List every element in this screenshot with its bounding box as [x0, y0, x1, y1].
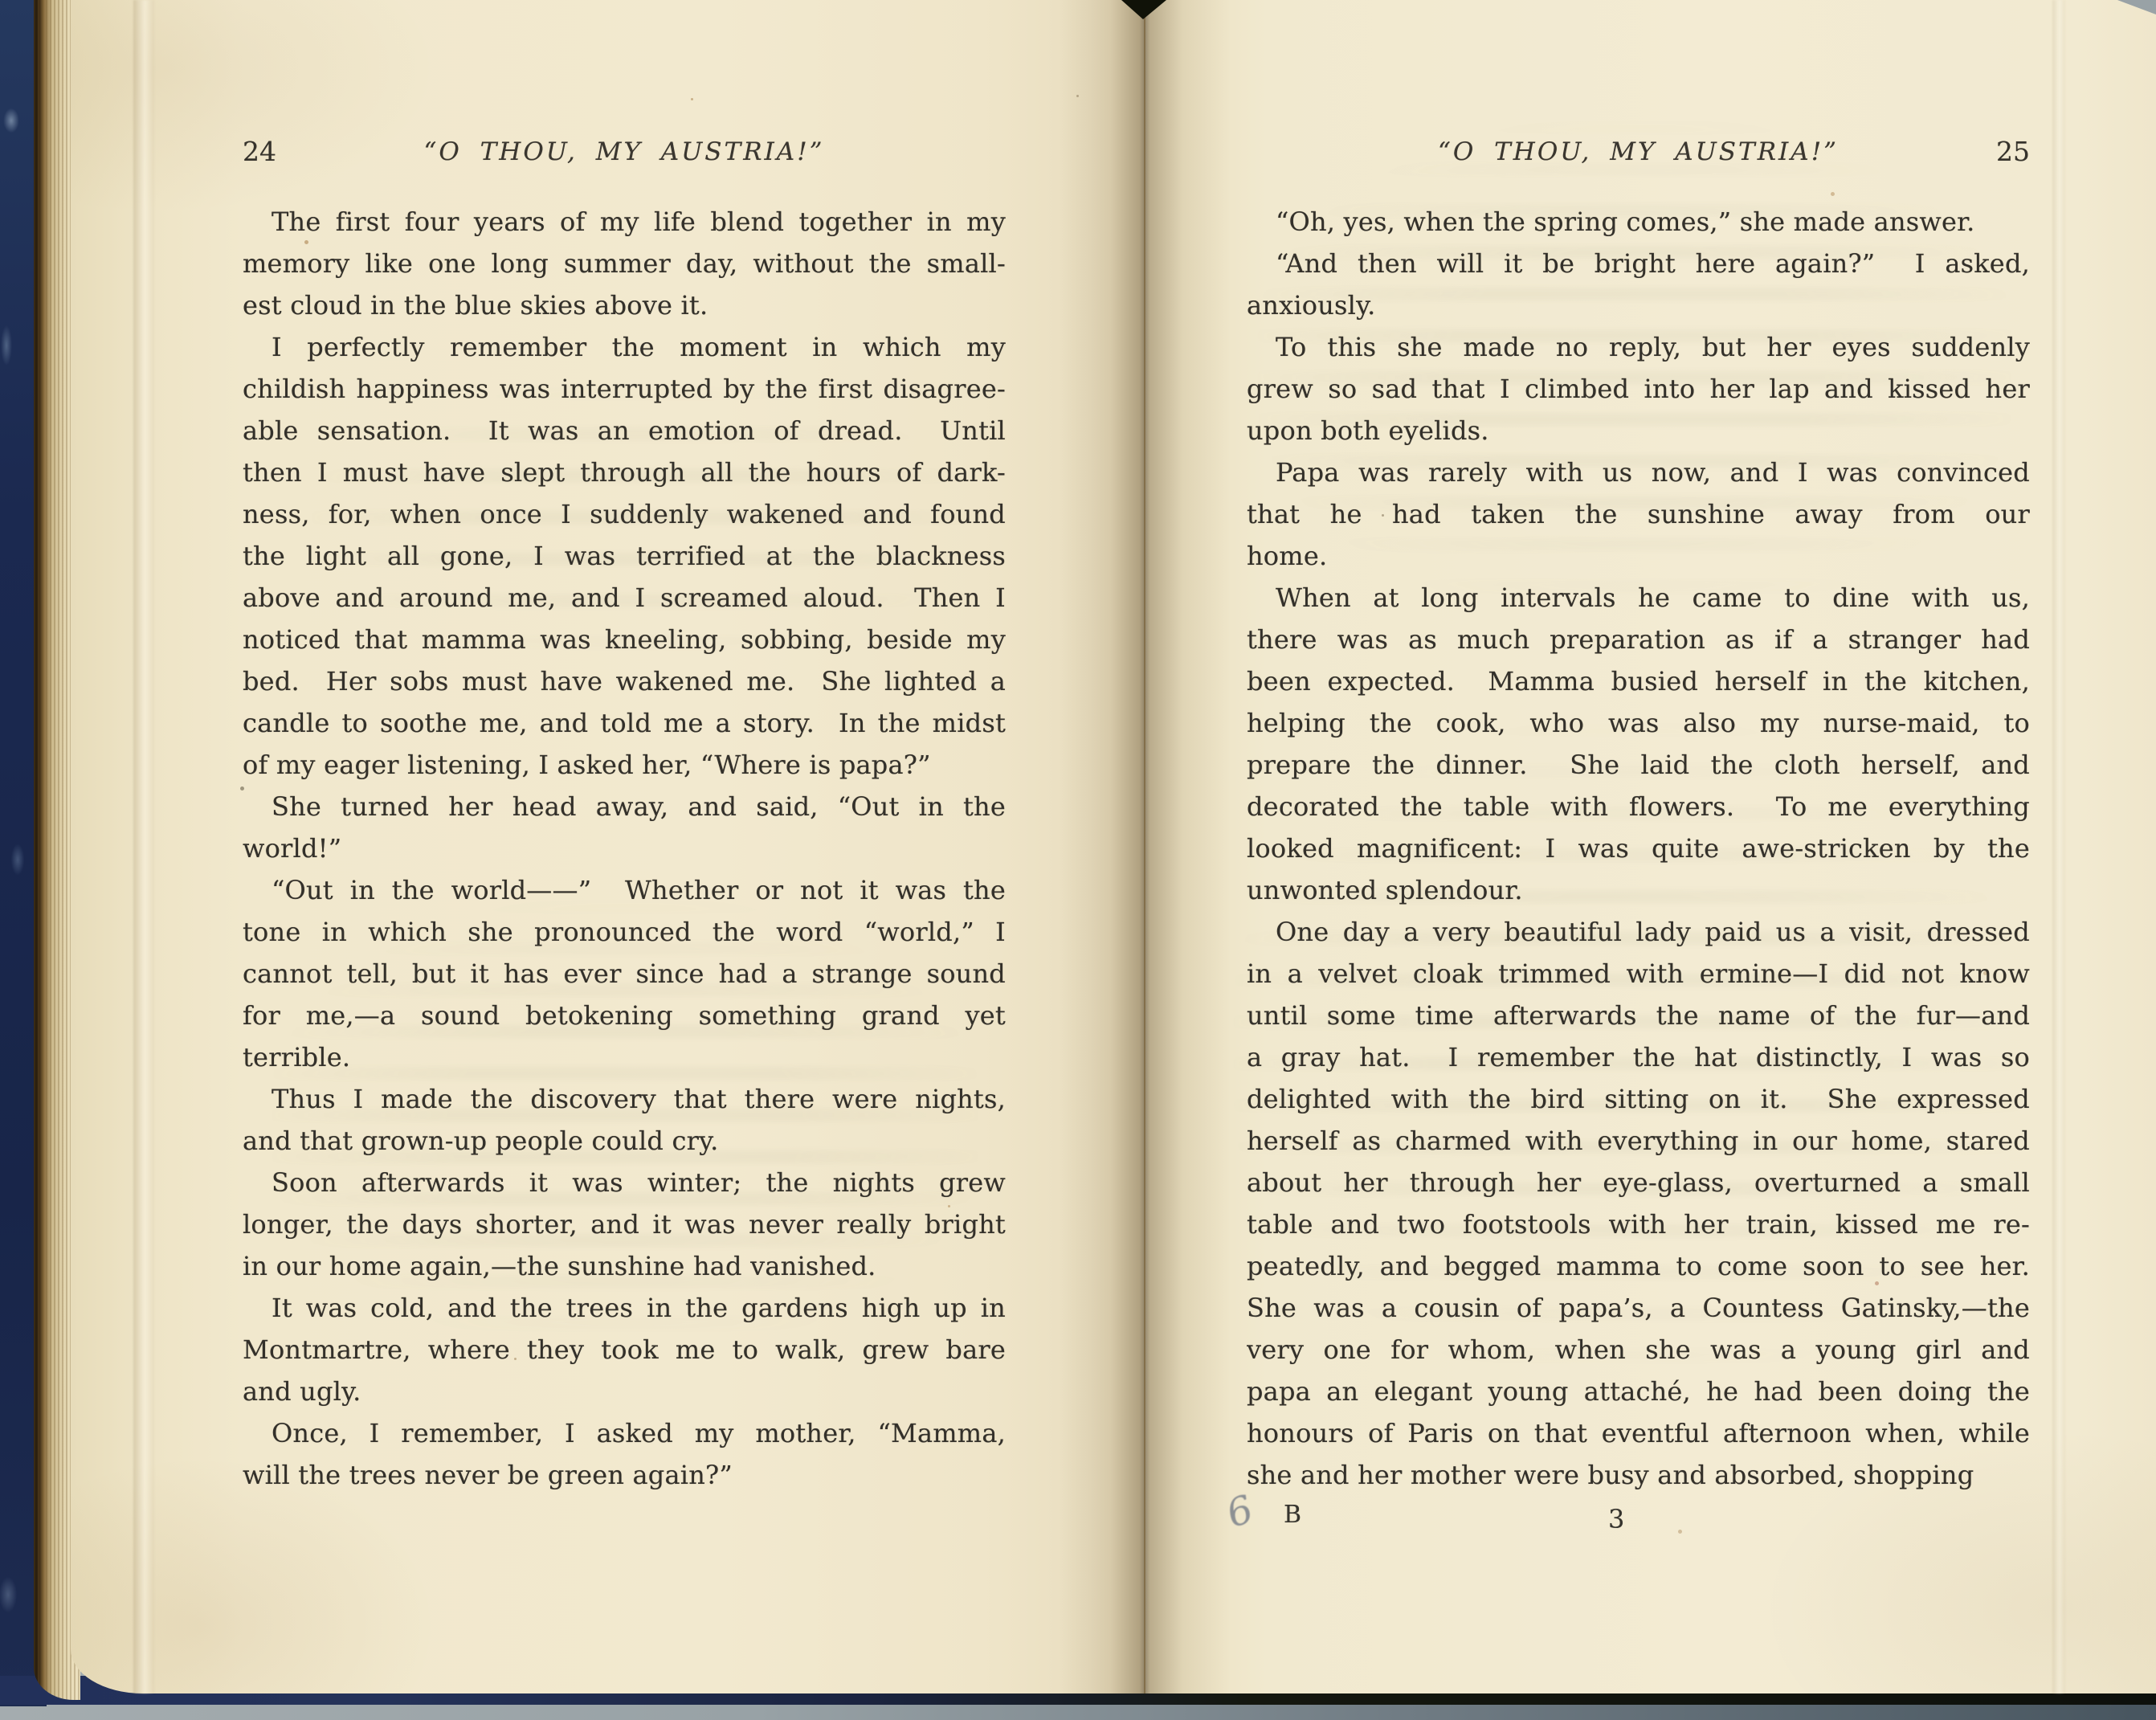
text-line: Soon afterwards it was winter; the night… — [243, 1162, 1006, 1203]
text-line: bed. Her sobs must have wakened me. She … — [243, 660, 1006, 702]
text-line: Thus I made the discovery that there wer… — [243, 1078, 1006, 1120]
gathering-number: 3 — [1608, 1504, 1624, 1534]
text-line: Once, I remember, I asked my mother, “Ma… — [243, 1412, 1006, 1454]
text-line: been expected. Mamma busied herself in t… — [1247, 660, 2030, 702]
text-line: tone in which she pronounced the word “w… — [243, 911, 1006, 953]
gutter-line — [1144, 0, 1145, 1693]
text-line: memory like one long summer day, without… — [243, 243, 1006, 284]
text-line: peatedly, and begged mamma to come soon … — [1247, 1245, 2030, 1287]
page-number-right: 25 — [1996, 133, 2030, 170]
text-line: about her through her eye-glass, overtur… — [1247, 1162, 2030, 1203]
text-line: candle to soothe me, and told me a story… — [243, 702, 1006, 744]
page-gutter-shadow — [1059, 0, 1231, 1693]
text-line: looked magnificent: I was quite awe-stri… — [1247, 827, 2030, 869]
text-line: for me,—a sound betokening something gra… — [243, 995, 1006, 1036]
text-line: ness, for, when once I suddenly wakened … — [243, 493, 1006, 535]
text-line: delighted with the bird sitting on it. S… — [1247, 1078, 2030, 1120]
signature-mark: B — [1284, 1501, 1302, 1529]
text-line: helping the cook, who was also my nurse-… — [1247, 702, 2030, 744]
text-line: She turned her head away, and said, “Out… — [243, 786, 1006, 827]
text-line: will the trees never be green again?” — [243, 1454, 1006, 1496]
text-line: grew so sad that I climbed into her lap … — [1247, 368, 2030, 410]
text-line: Montmartre, where they took me to walk, … — [243, 1329, 1006, 1371]
text-line: One day a very beautiful lady paid us a … — [1247, 911, 2030, 953]
text-line: a gray hat. I remember the hat distinctl… — [1247, 1036, 2030, 1078]
text-line: noticed that mamma was kneeling, sobbing… — [243, 619, 1006, 660]
text-line: unwonted splendour. — [1247, 869, 2030, 911]
text-line: until some time afterwards the name of t… — [1247, 995, 2030, 1036]
text-line: anxiously. — [1247, 284, 2030, 326]
text-line: The first four years of my life blend to… — [243, 201, 1006, 243]
text-line: above and around me, and I screamed alou… — [243, 577, 1006, 619]
text-line: longer, the days shorter, and it was nev… — [243, 1203, 1006, 1245]
text-line: that he had taken the sunshine away from… — [1247, 493, 2030, 535]
text-line: in a velvet cloak trimmed with ermine—I … — [1247, 953, 2030, 995]
text-line: honours of Paris on that eventful aftern… — [1247, 1412, 2030, 1454]
text-line: she and her mother were busy and absorbe… — [1247, 1454, 2030, 1496]
text-line: able sensation. It was an emotion of dre… — [243, 410, 1006, 451]
text-line: I perfectly remember the moment in which… — [243, 326, 1006, 368]
text-line: She was a cousin of papa’s, a Countess G… — [1247, 1287, 2030, 1329]
text-line: in our home again,—the sunshine had vani… — [243, 1245, 1006, 1287]
text-line: terrible. — [243, 1036, 1006, 1078]
text-line: To this she made no reply, but her eyes … — [1247, 326, 2030, 368]
running-title-right: “O THOU, MY AUSTRIA!” — [1247, 133, 2030, 170]
text-line: of my eager listening, I asked her, “Whe… — [243, 744, 1006, 786]
text-line: “Oh, yes, when the spring comes,” she ma… — [1247, 201, 2030, 243]
book-scan: 24 “O THOU, MY AUSTRIA!” “O THOU, MY AUS… — [0, 0, 2156, 1720]
text-line: home. — [1247, 535, 2030, 577]
right-page-text: “Oh, yes, when the spring comes,” she ma… — [1247, 201, 2030, 1496]
text-line: It was cold, and the trees in the garden… — [243, 1287, 1006, 1329]
text-line: prepare the dinner. She laid the cloth h… — [1247, 744, 2030, 786]
text-line: “And then will it be bright here again?”… — [1247, 243, 2030, 284]
running-title-left: “O THOU, MY AUSTRIA!” — [243, 133, 1006, 170]
text-line: Papa was rarely with us now, and I was c… — [1247, 451, 2030, 493]
text-line: childish happiness was interrupted by th… — [243, 368, 1006, 410]
text-line: est cloud in the blue skies above it. — [243, 284, 1006, 326]
text-line: world!” — [243, 827, 1006, 869]
page-number-left: 24 — [243, 133, 276, 170]
page-crease — [133, 0, 154, 1693]
paper-specks — [0, 0, 2, 2]
text-line: the light all gone, I was terrified at t… — [243, 535, 1006, 577]
text-line: herself as charmed with everything in ou… — [1247, 1120, 2030, 1162]
text-line: cannot tell, but it has ever since had a… — [243, 953, 1006, 995]
right-page-header: “O THOU, MY AUSTRIA!” 25 — [1247, 133, 2030, 170]
left-page-header: 24 “O THOU, MY AUSTRIA!” — [243, 133, 1006, 170]
page-crease — [2052, 0, 2065, 1693]
scanner-corner — [2117, 0, 2156, 14]
gutter-top-notch — [1121, 0, 1166, 19]
text-line: then I must have slept through all the h… — [243, 451, 1006, 493]
text-line: decorated the table with flowers. To me … — [1247, 786, 2030, 827]
text-line: very one for whom, when she was a young … — [1247, 1329, 2030, 1371]
text-line: papa an elegant young attaché, he had be… — [1247, 1371, 2030, 1412]
text-line: When at long intervals he came to dine w… — [1247, 577, 2030, 619]
left-page-text: The first four years of my life blend to… — [243, 201, 1006, 1496]
text-line: and that grown-up people could cry. — [243, 1120, 1006, 1162]
text-line: upon both eyelids. — [1247, 410, 2030, 451]
text-line: table and two footstools with her train,… — [1247, 1203, 2030, 1245]
text-line: there was as much preparation as if a st… — [1247, 619, 2030, 660]
text-line: and ugly. — [243, 1371, 1006, 1412]
text-line: “Out in the world——” Whether or not it w… — [243, 869, 1006, 911]
